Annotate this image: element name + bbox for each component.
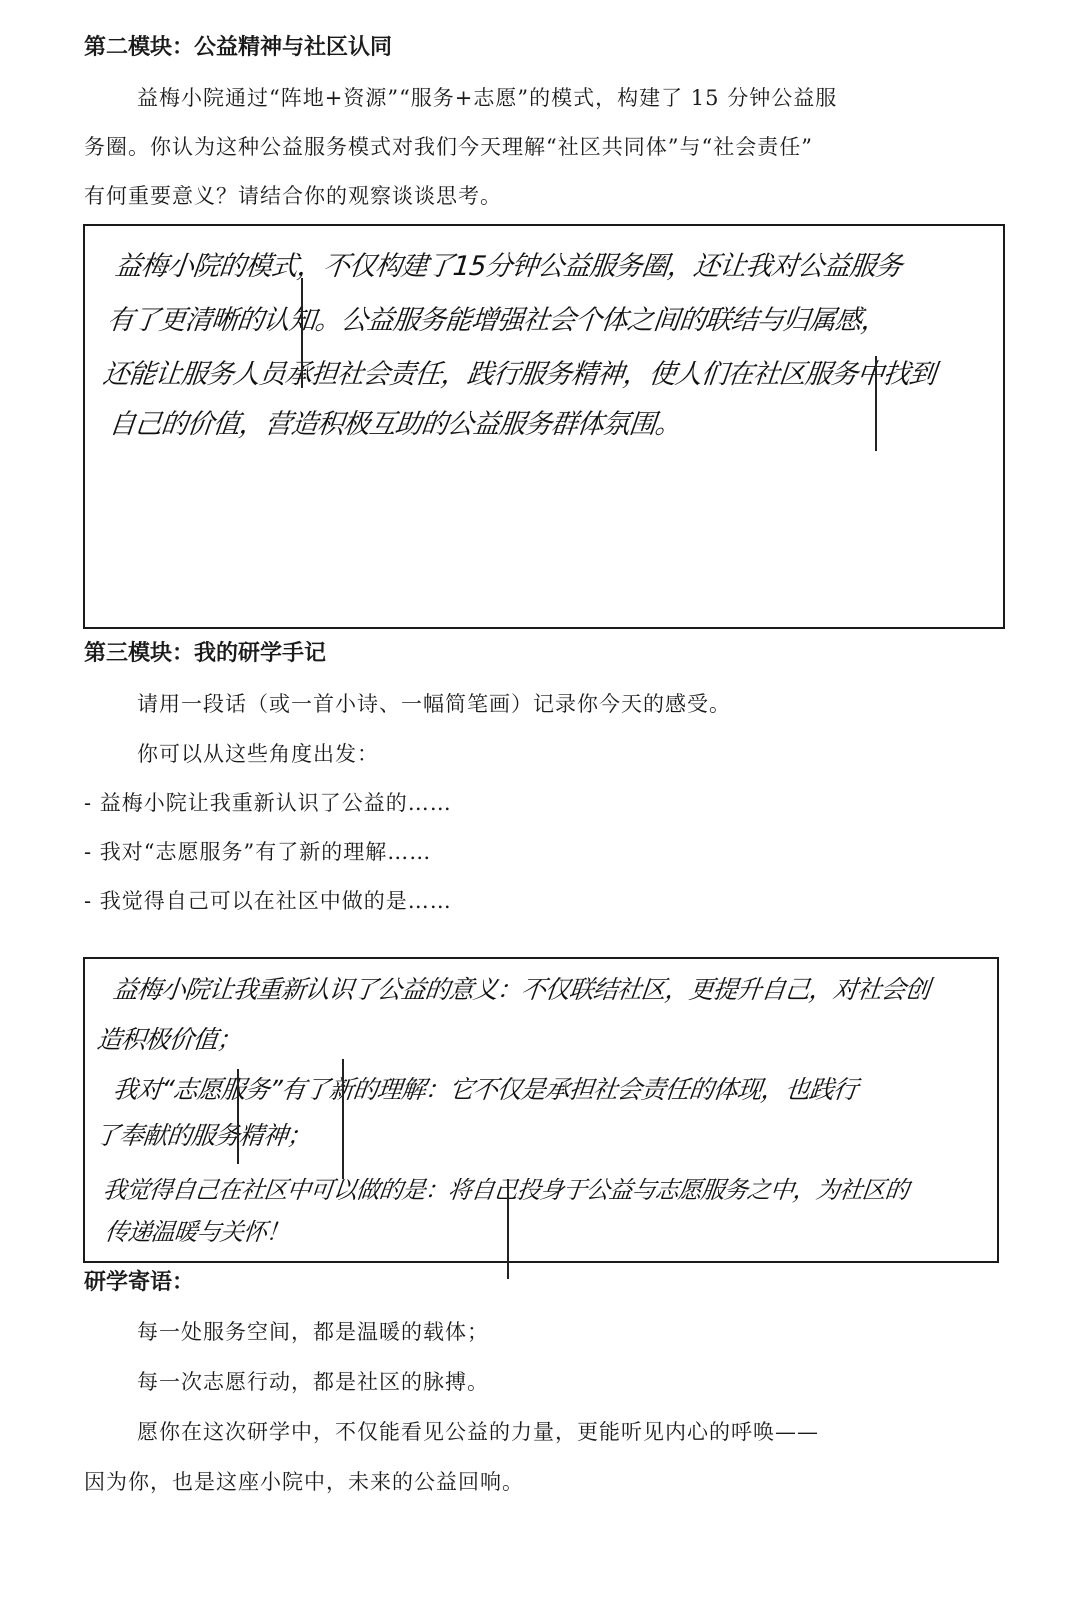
closing-line-3: 愿你在这次研学中，不仅能看见公益的力量，更能听见内心的呼唤—— [137, 1418, 819, 1446]
module2-answer-line-3: 还能让服务人员承担社会责任，践行服务精神，使人们在社区服务中找到 [101, 358, 937, 392]
pen-stroke [875, 356, 877, 451]
closing-heading: 研学寄语： [84, 1268, 194, 1296]
module3-answer-box[interactable]: 益梅小院让我重新认识了公益的意义：不仅联结社区，更提升自己，对社会创 造积极价值… [83, 957, 999, 1263]
module2-answer-line-1: 益梅小院的模式，不仅构建了15分钟公益服务圈，还让我对公益服务 [113, 250, 903, 284]
closing-line-4: 因为你，也是这座小院中，未来的公益回响。 [84, 1468, 524, 1496]
pen-stroke [301, 278, 303, 388]
module3-answer-line-3: 我对“志愿服务”有了新的理解：它不仅是承担社会责任的体现，也践行 [111, 1073, 858, 1107]
module3-angles-intro: 你可以从这些角度出发： [137, 740, 379, 768]
module2-answer-line-4: 自己的价值，营造积极互助的公益服务群体氛围。 [107, 408, 683, 442]
module3-angle-2: - 我对“志愿服务”有了新的理解…… [84, 838, 431, 866]
pen-stroke [342, 1059, 344, 1179]
module3-prompt: 请用一段话（或一首小诗、一幅简笔画）记录你今天的感受。 [137, 690, 731, 718]
closing-line-2: 每一次志愿行动，都是社区的脉搏。 [137, 1368, 489, 1396]
module2-heading: 第二模块：公益精神与社区认同 [84, 34, 392, 62]
module3-answer-line-5: 我觉得自己在社区中可以做的是：将自己投身于公益与志愿服务之中，为社区的 [101, 1173, 910, 1207]
module3-answer-line-1: 益梅小院让我重新认识了公益的意义：不仅联结社区，更提升自己，对社会创 [111, 973, 931, 1007]
module2-question-line-2: 务圈。你认为这种公益服务模式对我们今天理解“社区共同体”与“社会责任” [84, 133, 813, 161]
module3-heading: 第三模块：我的研学手记 [84, 640, 326, 668]
closing-line-1: 每一处服务空间，都是温暖的载体； [137, 1318, 489, 1346]
module3-answer-line-4: 了奉献的服务精神； [93, 1119, 313, 1153]
module3-angle-1: - 益梅小院让我重新认识了公益的…… [84, 789, 452, 817]
module2-answer-box[interactable]: 益梅小院的模式，不仅构建了15分钟公益服务圈，还让我对公益服务 有了更清晰的认知… [83, 224, 1005, 629]
module2-answer-line-2: 有了更清晰的认知。公益服务能增强社会个体之间的联结与归属感， [105, 304, 889, 338]
module2-question-line-1: 益梅小院通过“阵地+资源”“服务+志愿”的模式，构建了 15 分钟公益服 [137, 84, 837, 112]
module3-angle-3: - 我觉得自己可以在社区中做的是…… [84, 887, 452, 915]
pen-stroke [237, 1069, 239, 1164]
module3-answer-line-2: 造积极价值； [95, 1023, 243, 1057]
pen-stroke [507, 1179, 509, 1279]
module3-answer-line-6: 传递温暖与关怀！ [103, 1215, 291, 1249]
module2-question-line-3: 有何重要意义？请结合你的观察谈谈思考。 [84, 182, 502, 210]
